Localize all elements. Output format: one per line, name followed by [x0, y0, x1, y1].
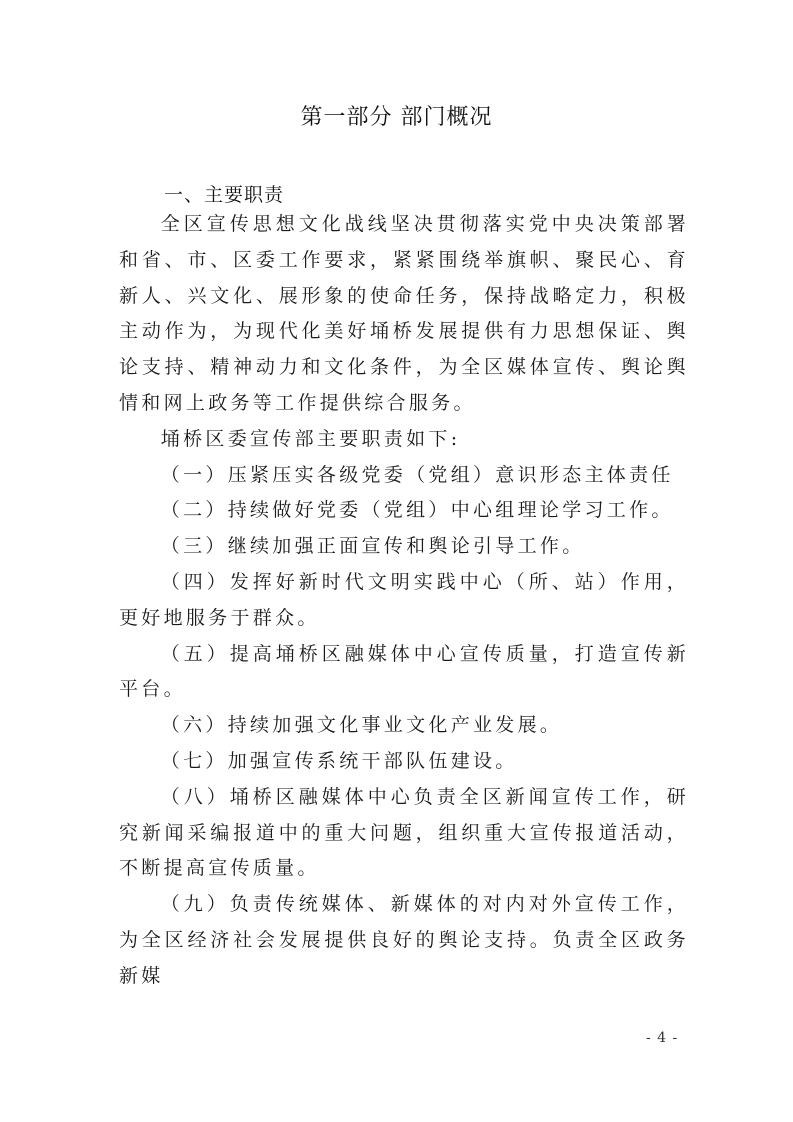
duty-item-5: （五）提高埇桥区融媒体中心宣传质量，打造宣传新平台。: [119, 637, 689, 709]
duty-item-3: （三）继续加强正面宣传和舆论引导工作。: [119, 529, 689, 565]
duty-item-8: （八）埇桥区融媒体中心负责全区新闻宣传工作，研究新闻采编报道中的重大问题，组织重…: [119, 780, 689, 887]
duty-item-9: （九）负责传统媒体、新媒体的对内对外宣传工作，为全区经济社会发展提供良好的舆论支…: [119, 887, 689, 994]
paragraph-intro: 全区宣传思想文化战线坚决贯彻落实党中央决策部署和省、市、区委工作要求，紧紧围绕举…: [119, 207, 689, 422]
paragraph-duties-lead: 埇桥区委宣传部主要职责如下:: [119, 422, 689, 458]
duty-item-2: （二）持续做好党委（党组）中心组理论学习工作。: [119, 493, 689, 529]
page-number: - 4 -: [646, 1030, 678, 1046]
duty-item-7: （七）加强宣传系统干部队伍建设。: [119, 744, 689, 780]
page-title: 第一部分 部门概况: [0, 100, 793, 131]
document-page: 第一部分 部门概况 一、主要职责 全区宣传思想文化战线坚决贯彻落实党中央决策部署…: [0, 0, 793, 1122]
duty-item-6: （六）持续加强文化事业文化产业发展。: [119, 708, 689, 744]
section-heading: 一、主要职责: [164, 180, 284, 207]
body-text: 全区宣传思想文化战线坚决贯彻落实党中央决策部署和省、市、区委工作要求，紧紧围绕举…: [119, 207, 689, 995]
duty-item-1: （一）压紧压实各级党委（党组）意识形态主体责任: [119, 458, 689, 494]
duty-item-4: （四）发挥好新时代文明实践中心（所、站）作用，更好地服务于群众。: [119, 565, 689, 637]
